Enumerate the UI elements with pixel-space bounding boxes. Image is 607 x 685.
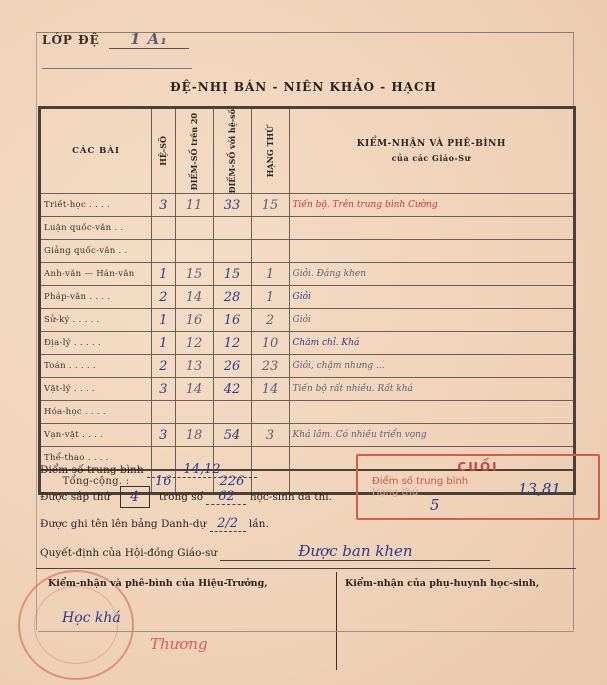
- stamp-rank-label: Hạng thứ: [372, 487, 598, 498]
- table-row: Toán . . . . .2132623Giỏi, chậm nhưng ..…: [40, 355, 575, 378]
- council-line: Quyết-định của Hội-đồng Giáo-sư Được ban…: [40, 542, 490, 561]
- table-row: Địa-lý . . . . .1121210Chăm chỉ. Khá: [40, 332, 575, 355]
- average-label: Điểm-số trung-bình: [40, 464, 144, 476]
- table-row: Vạn-vật . . . .318543Khá lắm. Có nhiều t…: [40, 424, 575, 447]
- header-coefficient: HỆ-SỐ: [152, 108, 176, 194]
- table-row: Hóa-học . . . .: [40, 401, 575, 424]
- stamp-average-label: Điểm số trung bình: [372, 476, 598, 487]
- table-row: Luận quốc-văn . .: [40, 217, 575, 240]
- principal-comment: Học khá: [62, 610, 121, 626]
- council-decision: Được ban khen: [220, 542, 490, 561]
- class-value: 1 A₁: [109, 30, 189, 49]
- principal-signature: Thương: [150, 635, 208, 653]
- header-weighted: ĐIỂM-SỐ với hệ-số: [213, 108, 251, 194]
- table-row: Pháp-văn . . . .214281Giỏi: [40, 286, 575, 309]
- grade-table-body: Triết-học . . . .3113315Tiến bộ. Trên tr…: [40, 194, 575, 494]
- parent-label: Kiểm-nhận của phụ-huynh học-sinh,: [345, 578, 539, 589]
- stamp-rank-value: 5: [430, 496, 440, 514]
- honor-line: Được ghi tên lên bảng Danh-dự 2/2 lần.: [40, 516, 269, 532]
- stamp-heading: CUỐI: [358, 460, 598, 474]
- header-subject: CÁC BÀI: [40, 108, 152, 194]
- report-card-page: LỚP ĐỆ 1 A₁ ĐỆ-NHỊ BÁN - NIÊN KHẢO - HẠC…: [0, 0, 607, 685]
- header-comment: KIỂM-NHẬN VÀ PHÊ-BÌNH của các Giáo-Sư: [289, 108, 574, 194]
- parent-section: Kiểm-nhận của phụ-huynh học-sinh,: [336, 572, 574, 631]
- final-stamp: CUỐI Điểm số trung bình Hạng thứ 13,81 5: [356, 454, 600, 520]
- header-score-20: ĐIỂM-SỐ trên 20: [175, 108, 213, 194]
- principal-label: Kiểm-nhận và phê-bình của Hiệu-Trưởng,: [48, 578, 268, 589]
- table-header-row: CÁC BÀI HỆ-SỐ ĐIỂM-SỐ trên 20 ĐIỂM-SỐ vớ…: [40, 108, 575, 194]
- honor-value: 2/2: [210, 516, 246, 532]
- section-divider: [36, 568, 576, 569]
- average-value: 14,12: [147, 462, 257, 478]
- class-underline: [42, 68, 192, 69]
- stamp-average-value: 13,81: [518, 480, 561, 498]
- table-row: Anh-văn — Hán-văn115151Giỏi. Đáng khen: [40, 263, 575, 286]
- class-label: LỚP ĐỆ: [42, 33, 100, 47]
- total-students: 62: [206, 489, 246, 505]
- rank-line: Được sắp thứ 4 trong số 62 học-sinh dã t…: [40, 486, 332, 508]
- class-line: LỚP ĐỆ 1 A₁: [42, 30, 189, 49]
- header-rank: HẠNG THỨ: [251, 108, 289, 194]
- document-title: ĐỆ-NHỊ BÁN - NIÊN KHẢO - HẠCH: [0, 80, 607, 94]
- table-row: Sử-ký . . . . .116162Giỏi: [40, 309, 575, 332]
- grade-table: CÁC BÀI HỆ-SỐ ĐIỂM-SỐ trên 20 ĐIỂM-SỐ vớ…: [38, 106, 576, 495]
- table-row: Giảng quốc-văn . .: [40, 240, 575, 263]
- table-row: Triết-học . . . .3113315Tiến bộ. Trên tr…: [40, 194, 575, 217]
- average-line: Điểm-số trung-bình 14,12: [40, 462, 257, 478]
- table-row: Vật-lý . . . .3144214Tiến bộ rất nhiều. …: [40, 378, 575, 401]
- signature-divider: [336, 632, 337, 670]
- rank-box: 4: [120, 486, 150, 508]
